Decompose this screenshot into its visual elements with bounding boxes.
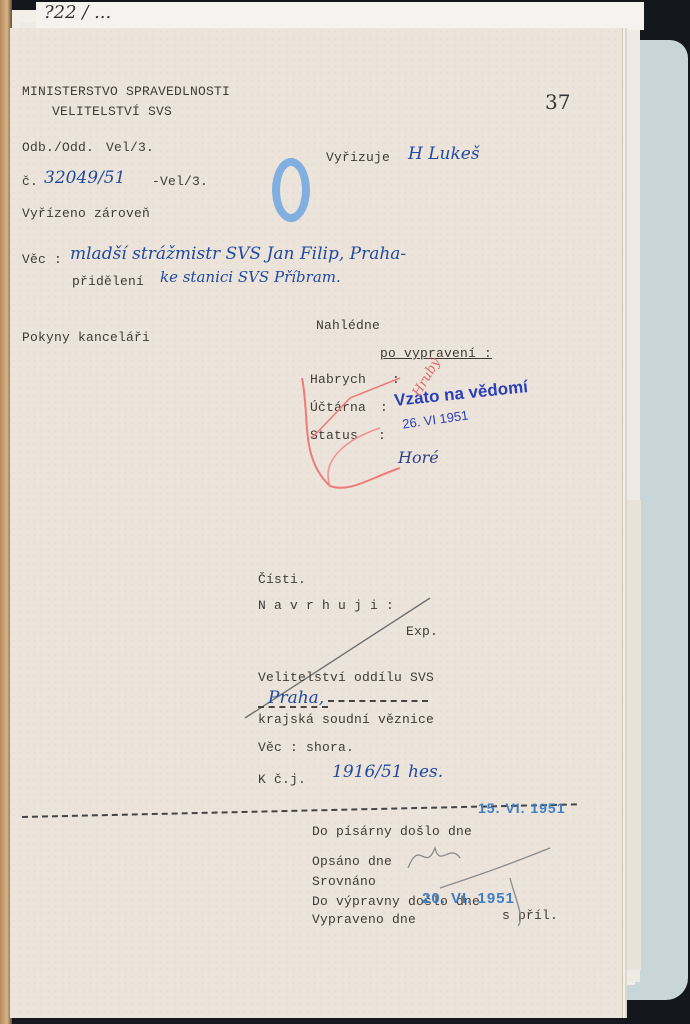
dash-line xyxy=(328,700,428,702)
review-label: Nahlédne xyxy=(316,318,380,333)
pencil-initials xyxy=(400,828,560,928)
subject-line1: mladší strážmistr SVS Jan Filip, Praha- xyxy=(70,244,406,264)
handler-label: Vyřizuje xyxy=(326,150,390,165)
matter-label: Věc : shora. xyxy=(258,740,354,755)
command-heading: VELITELSTVÍ SVS xyxy=(52,104,172,119)
top-note: ?22 / ... xyxy=(36,2,644,30)
ref-k-label: K č.j. xyxy=(258,772,306,787)
dash-line xyxy=(258,706,328,708)
ref-suffix: -Vel/3. xyxy=(152,174,208,189)
read-label: Čísti. xyxy=(258,572,306,587)
addressee-city: Praha, xyxy=(268,688,324,708)
subject-label: Věc : xyxy=(22,252,62,267)
subject-line2-typed: přidělení xyxy=(72,274,144,289)
stamp-letter-o xyxy=(272,158,310,222)
document-page: MINISTERSTVO SPRAVEDLNOSTI VELITELSTVÍ S… xyxy=(10,28,622,1018)
checked-label: Srovnáno xyxy=(312,874,376,889)
instructions-label: Pokyny kanceláři xyxy=(22,330,150,345)
dept-label: Odb./Odd. xyxy=(22,140,94,155)
dept-value: Vel/3. xyxy=(106,140,154,155)
settled-label: Vyřízeno zároveň xyxy=(22,206,150,221)
red-pencil-mark xyxy=(290,358,420,498)
page-number: 37 xyxy=(545,90,570,114)
ref-handwritten: 32049/51 xyxy=(44,168,125,188)
ministry-heading: MINISTERSTVO SPRAVEDLNOSTI xyxy=(22,84,230,99)
addressee-label: Velitelství oddílu SVS xyxy=(258,670,434,685)
copied-label: Opsáno dne xyxy=(312,854,392,869)
ref-label: č. xyxy=(22,174,38,189)
received-date-stamp: 15. VI. 1951 xyxy=(478,800,566,816)
prison-label: krajská soudní věznice xyxy=(258,712,434,727)
subject-line2-handwritten: ke stanici SVS Příbram. xyxy=(160,268,341,286)
handler-signature: H Lukeš xyxy=(408,144,480,164)
ref-k-handwritten: 1916/51 hes. xyxy=(332,762,443,782)
